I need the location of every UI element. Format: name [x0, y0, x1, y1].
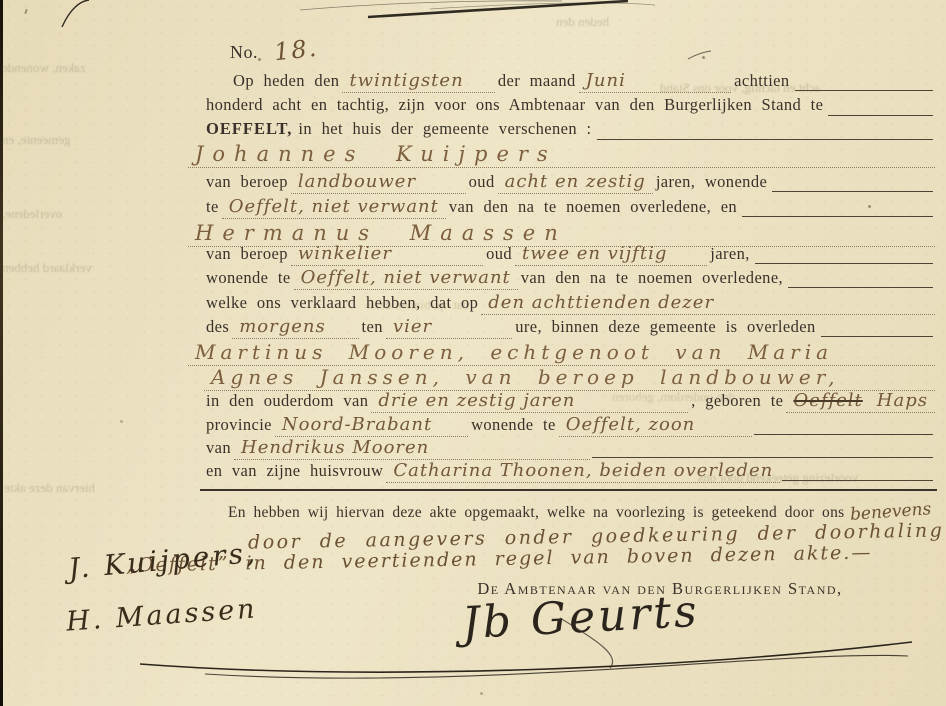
bleed-through-text: verklaard hebben: [2, 260, 92, 276]
form-line-13: Agnes Janssen, van beroep landbouwer,: [204, 365, 935, 390]
printed-text: achttien: [734, 71, 789, 91]
record-number-value: 18.: [273, 34, 320, 66]
printed-text: wonende te: [206, 268, 291, 288]
witness2-signature: H. Maassen: [65, 593, 258, 637]
blank-rule: [821, 335, 933, 337]
printed-text: van beroep: [206, 244, 288, 264]
handwritten-entry: Oeffelt, niet verwant: [294, 267, 518, 290]
paper-speck: [120, 420, 123, 423]
handwritten-entry: acht en zestig: [498, 171, 653, 194]
blank-rule: [788, 286, 933, 288]
form-line-17: en van zijne huisvrouwCatharina Thoonen,…: [203, 460, 935, 485]
form-line-15: provincieNoord-Brabantwonende teOeffelt,…: [203, 414, 935, 439]
printed-text: des: [206, 317, 229, 337]
blank-rule: [772, 190, 933, 192]
printed-text: honderd acht en tachtig, zijn voor ons A…: [206, 95, 823, 115]
blank-rule: [592, 456, 933, 458]
section-divider-rule: [200, 489, 937, 491]
paper-speck: [24, 9, 28, 14]
printed-text: OEFFELT,: [206, 119, 292, 139]
printed-text: ure, binnen deze gemeente is overleden: [515, 317, 815, 337]
handwritten-entry: drie en zestig jaren: [371, 390, 688, 413]
scan-edge-shadow: [0, 0, 3, 706]
handwritten-entry: vier: [386, 316, 512, 339]
bleed-through-text: hiervan deze akte: [4, 480, 95, 496]
blank-rule: [828, 114, 933, 116]
form-line-3: OEFFELT,in het huis der gemeente versche…: [203, 119, 935, 144]
closing-printed-text: En hebben wij hiervan deze akte opgemaak…: [228, 504, 844, 522]
printed-text: te: [206, 197, 219, 217]
printed-text: van beroep: [206, 172, 288, 192]
form-line-12: Martinus Mooren, echtgenoot van Maria: [188, 340, 935, 365]
printed-text: oud: [469, 172, 495, 192]
handwritten-entry: Noord-Brabant: [275, 414, 468, 437]
blank-rule: [742, 215, 933, 217]
top-pen-flourish: [0, 0, 946, 60]
printed-text: der maand: [498, 71, 576, 91]
record-number: No. 18.: [230, 36, 318, 64]
handwritten-entry: den achttienden dezer: [481, 292, 935, 315]
paper-speck: [702, 56, 705, 59]
printed-text: jaren,: [710, 244, 750, 264]
handwritten-entry: Oeffelt: [786, 390, 869, 413]
printed-text: van den na te noemen overledene, en: [449, 197, 737, 217]
printed-text: jaren, wonende: [656, 172, 767, 192]
printed-text: in het huis der gemeente verschenen :: [298, 119, 591, 139]
handwritten-entry: Oeffelt, niet verwant: [222, 196, 446, 219]
printed-text: wonende te: [471, 415, 556, 435]
form-line-8: van beroepwinkelieroudtwee en vijftigjar…: [203, 243, 935, 268]
handwritten-entry: Martinus Mooren, echtgenoot van Maria: [188, 340, 935, 366]
printed-text: provincie: [206, 415, 272, 435]
form-line-10: welke ons verklaard hebben, dat opden ac…: [203, 292, 935, 317]
handwritten-entry: twintigsten: [342, 70, 494, 93]
witness1-signature: J. Kuijpers,: [67, 536, 259, 585]
handwritten-entry: Juni: [579, 70, 731, 93]
bleed-through-text: overledene,: [2, 206, 62, 222]
printed-text: van: [206, 438, 231, 458]
form-line-1: Op heden dentwintigstender maandJuniacht…: [230, 70, 935, 95]
printed-text: en van zijne huisvrouw: [206, 461, 383, 481]
form-line-14: in den ouderdom vandrie en zestig jaren,…: [203, 390, 935, 415]
form-line-2: honderd acht en tachtig, zijn voor ons A…: [203, 95, 935, 120]
form-line-16: vanHendrikus Mooren: [203, 437, 935, 462]
printed-text: oud: [486, 244, 512, 264]
blank-rule: [795, 89, 933, 91]
bleed-through-text: gemeente, en: [2, 132, 71, 148]
handwritten-entry: landbouwer: [291, 171, 466, 194]
handwritten-entry: Oeffelt, zoon: [559, 414, 752, 437]
blank-rule: [754, 433, 933, 435]
handwritten-entry: twee en vijftig: [515, 243, 707, 266]
paper-speck: [480, 692, 483, 695]
handwritten-entry: Haps: [870, 390, 935, 413]
handwritten-entry: Hendrikus Mooren: [234, 437, 589, 460]
handwritten-entry: Agnes Janssen, van beroep landbouwer,: [204, 365, 935, 391]
printed-text: van den na te noemen overledene,: [521, 268, 783, 288]
form-line-11: desmorgenstenvierure, binnen deze gemeen…: [203, 316, 935, 341]
bleed-through-text: heden den: [556, 14, 609, 30]
blank-rule: [782, 479, 933, 481]
blank-rule: [755, 262, 933, 264]
bleed-through-text: zaken, wonende: [2, 60, 86, 76]
closing-statement: En hebben wij hiervan deze akte opgemaak…: [228, 502, 936, 522]
form-line-6: teOeffelt, niet verwantvan den na te noe…: [203, 196, 935, 221]
handwritten-entry: winkelier: [291, 243, 483, 266]
handwritten-entry: Johannes Kuijpers: [188, 142, 935, 168]
death-certificate-scan: zaken, wonende gemeente, en overledene, …: [0, 0, 946, 706]
printed-text: welke ons verklaard hebben, dat op: [206, 293, 478, 313]
blank-rule: [597, 138, 933, 140]
handwritten-entry: Catharina Thoonen, beiden overleden: [386, 460, 780, 483]
record-number-label: No.: [230, 42, 258, 63]
form-line-4: Johannes Kuijpers: [188, 142, 935, 167]
printed-text: ten: [362, 317, 383, 337]
printed-text: in den ouderdom van: [206, 391, 368, 411]
printed-text: Op heden den: [233, 71, 339, 91]
form-line-5: van beroeplandbouweroudacht en zestigjar…: [203, 171, 935, 196]
printed-text: , geboren te: [691, 391, 783, 411]
handwritten-entry: morgens: [232, 316, 358, 339]
form-line-9: wonende teOeffelt, niet verwantvan den n…: [203, 267, 935, 292]
